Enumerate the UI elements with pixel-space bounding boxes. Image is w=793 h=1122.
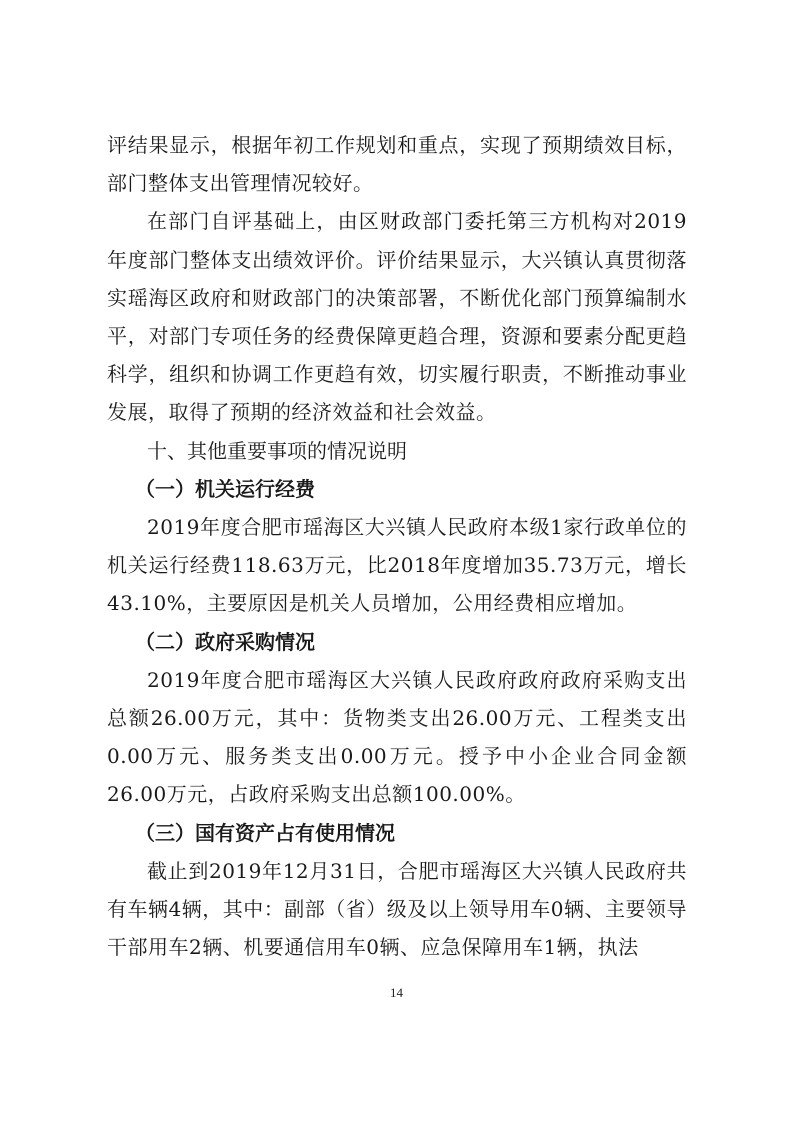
paragraph-evaluation-result: 评结果显示，根据年初工作规划和重点，实现了预期绩效目标，部门整体支出管理情况较好… xyxy=(107,126,687,202)
subsection-heading-state-assets: （三）国有资产占有使用情况 xyxy=(107,814,687,852)
subsection-heading-procurement: （二）政府采购情况 xyxy=(107,623,687,661)
paragraph-procurement: 2019年度合肥市瑶海区大兴镇人民政府政府政府采购支出总额26.00万元，其中：… xyxy=(107,661,687,814)
page-number: 14 xyxy=(0,985,793,1001)
section-heading: 十、其他重要事项的情况说明 xyxy=(107,432,687,470)
paragraph-third-party-evaluation: 在部门自评基础上，由区财政部门委托第三方机构对2019年度部门整体支出绩效评价。… xyxy=(107,202,687,431)
subsection-heading-operating-expense: （一）机关运行经费 xyxy=(107,470,687,508)
paragraph-operating-expense: 2019年度合肥市瑶海区大兴镇人民政府本级1家行政单位的机关运行经费118.63… xyxy=(107,508,687,623)
document-page: 评结果显示，根据年初工作规划和重点，实现了预期绩效目标，部门整体支出管理情况较好… xyxy=(107,126,687,966)
paragraph-state-assets: 截止到2019年12月31日，合肥市瑶海区大兴镇人民政府共有车辆4辆，其中：副部… xyxy=(107,852,687,967)
